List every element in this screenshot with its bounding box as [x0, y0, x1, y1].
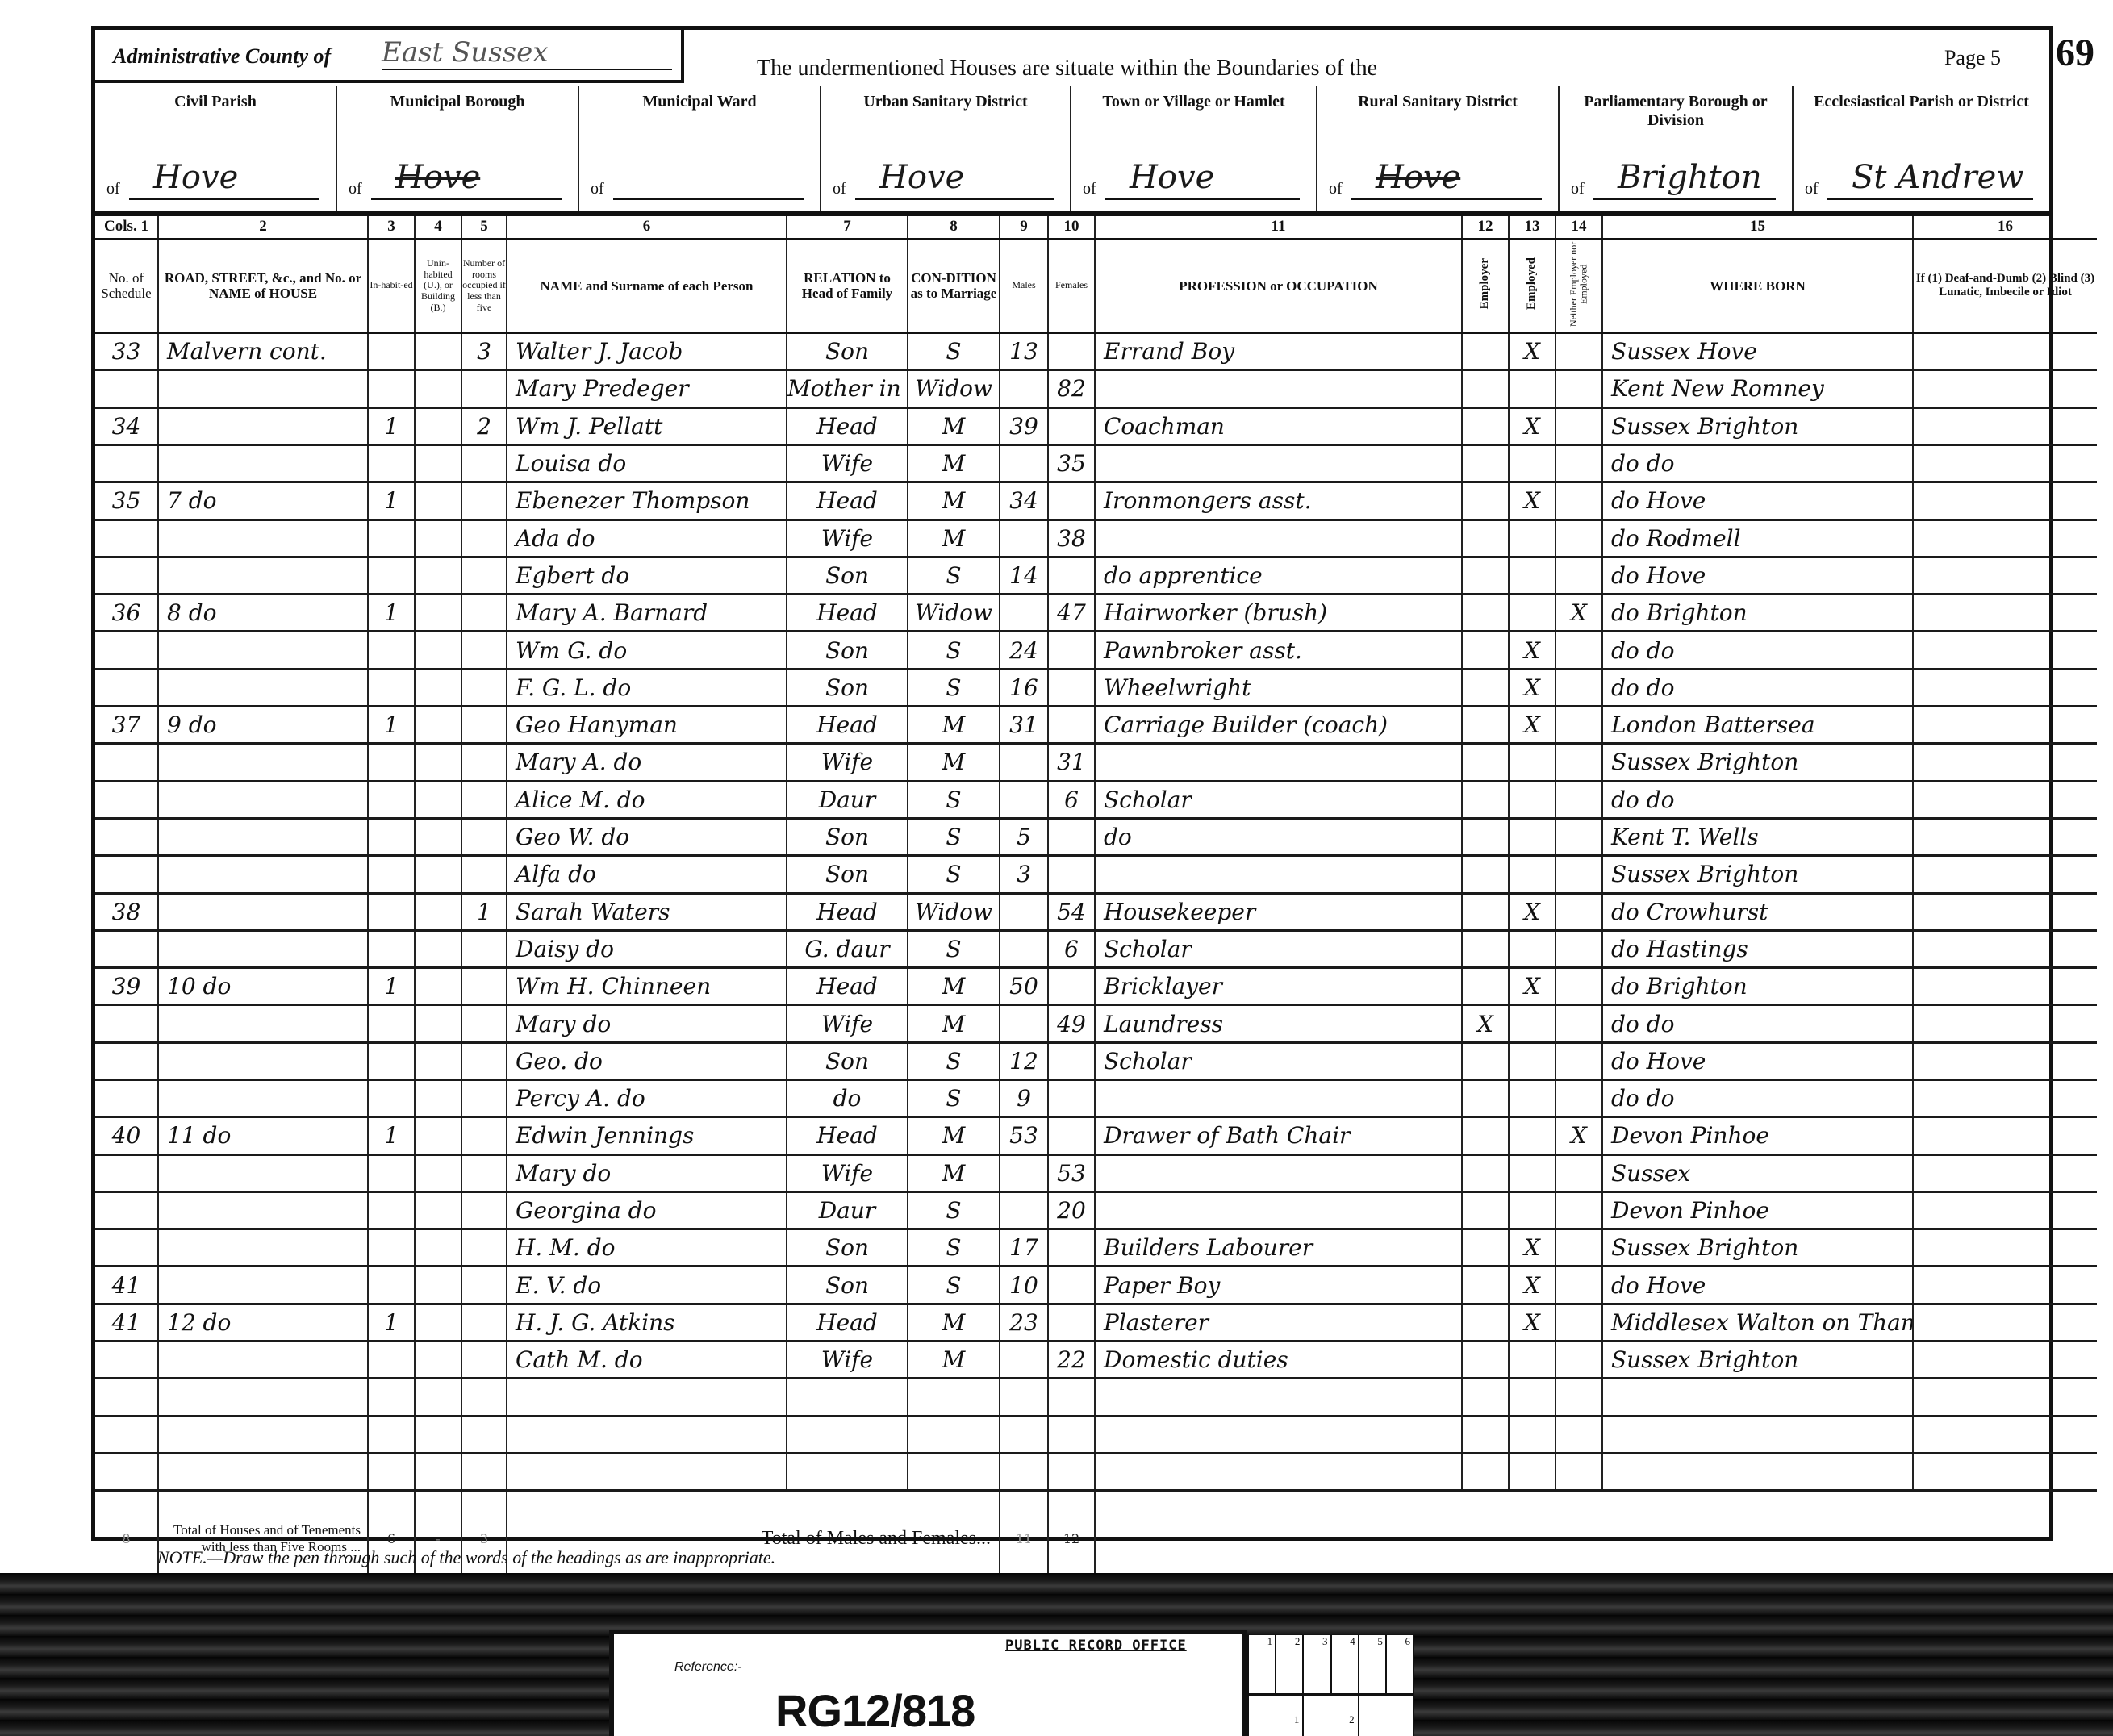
- age-male: 39: [1000, 407, 1048, 444]
- table-row: 4112 do1H. J. G. AtkinsHeadM23PlastererX…: [95, 1304, 2097, 1341]
- where-born: Sussex Brighton: [1602, 744, 1913, 781]
- rooms: [461, 968, 507, 1005]
- condition: S: [908, 669, 1000, 706]
- table-row: Georgina doDaurS20Devon Pinhoe: [95, 1191, 2097, 1229]
- relation: Wife: [787, 1005, 908, 1042]
- total-inhabited: 6: [368, 1491, 415, 1586]
- district-value: Hove: [855, 156, 1054, 200]
- person-name: Wm J. Pellatt: [507, 407, 787, 444]
- age-male: [1000, 444, 1048, 482]
- occupation: [1095, 856, 1462, 893]
- table-row: 379 do1Geo HanymanHeadM31Carriage Builde…: [95, 707, 2097, 744]
- relation: [787, 1379, 908, 1416]
- address: [158, 669, 368, 706]
- rooms: [461, 856, 507, 893]
- schedule-number: [95, 1079, 158, 1116]
- address: Malvern cont.: [158, 333, 368, 370]
- person-name: Sarah Waters: [507, 893, 787, 930]
- table-row: H. M. doSonS17Builders LabourerXSussex B…: [95, 1229, 2097, 1267]
- schedule-number: [95, 370, 158, 407]
- occupation: Paper Boy: [1095, 1267, 1462, 1304]
- condition: M: [908, 1154, 1000, 1191]
- occupation: Builders Labourer: [1095, 1229, 1462, 1267]
- age-male: 23: [1000, 1304, 1048, 1341]
- employed-mark: X: [1509, 333, 1556, 370]
- rooms: [461, 818, 507, 855]
- condition: M: [908, 407, 1000, 444]
- address: [158, 557, 368, 594]
- employed-mark: [1509, 1117, 1556, 1154]
- address: [158, 818, 368, 855]
- employer-mark: [1462, 1229, 1509, 1267]
- schedule-number: [95, 744, 158, 781]
- relation: Wife: [787, 1154, 908, 1191]
- district-urban-sanitary: Urban Sanitary District of Hove: [821, 86, 1071, 211]
- employer-mark: [1462, 370, 1509, 407]
- age-female: [1048, 707, 1095, 744]
- header-where-born: WHERE BORN: [1602, 239, 1913, 333]
- age-male: 34: [1000, 482, 1048, 520]
- address: [158, 1229, 368, 1267]
- neither-mark: [1556, 1416, 1602, 1453]
- employer-mark: [1462, 893, 1509, 930]
- condition: S: [908, 1042, 1000, 1079]
- neither-mark: [1556, 632, 1602, 669]
- table-row: Percy A. dodoS9do do: [95, 1079, 2097, 1116]
- condition: S: [908, 1079, 1000, 1116]
- rooms: [461, 370, 507, 407]
- uninhabited: [415, 1005, 461, 1042]
- rooms: 3: [461, 333, 507, 370]
- age-female: [1048, 1267, 1095, 1304]
- uninhabited: [415, 1191, 461, 1229]
- employer-mark: [1462, 333, 1509, 370]
- table-row: Geo. doSonS12Scholardo Hove: [95, 1042, 2097, 1079]
- districts-row: Civil Parish of Hove Municipal Borough o…: [95, 86, 2049, 216]
- occupation: Carriage Builder (coach): [1095, 707, 1462, 744]
- relation: Head: [787, 595, 908, 632]
- rooms: [461, 1079, 507, 1116]
- age-male: [1000, 1191, 1048, 1229]
- table-row: Mary PredegerMother in LawWidow82Kent Ne…: [95, 370, 2097, 407]
- table-row: 4011 do1Edwin JenningsHeadM53Drawer of B…: [95, 1117, 2097, 1154]
- infirmity: [1913, 707, 2097, 744]
- age-female: [1048, 968, 1095, 1005]
- occupation: Bricklayer: [1095, 968, 1462, 1005]
- schedule-number: 33: [95, 333, 158, 370]
- schedule-number: [95, 1453, 158, 1490]
- uninhabited: [415, 669, 461, 706]
- infirmity: [1913, 557, 2097, 594]
- age-male: [1000, 893, 1048, 930]
- relation: Head: [787, 407, 908, 444]
- neither-mark: [1556, 744, 1602, 781]
- age-female: 54: [1048, 893, 1095, 930]
- occupation: do apprentice: [1095, 557, 1462, 594]
- age-male: 10: [1000, 1267, 1048, 1304]
- employer-mark: [1462, 669, 1509, 706]
- where-born: do do: [1602, 781, 1913, 818]
- rooms: [461, 669, 507, 706]
- inhabited: [368, 1379, 415, 1416]
- schedule-number: [95, 1379, 158, 1416]
- condition: S: [908, 818, 1000, 855]
- occupation: Wheelwright: [1095, 669, 1462, 706]
- occupation: Errand Boy: [1095, 333, 1462, 370]
- person-name: H. M. do: [507, 1229, 787, 1267]
- address: 9 do: [158, 707, 368, 744]
- infirmity: [1913, 818, 2097, 855]
- where-born: do do: [1602, 444, 1913, 482]
- district-value: Hove: [371, 156, 562, 200]
- infirmity: [1913, 1042, 2097, 1079]
- inhabited: [368, 856, 415, 893]
- person-name: Alice M. do: [507, 781, 787, 818]
- schedule-number: 38: [95, 893, 158, 930]
- employed-mark: [1509, 856, 1556, 893]
- inhabited: [368, 1453, 415, 1490]
- age-female: 47: [1048, 595, 1095, 632]
- occupation: [1095, 1079, 1462, 1116]
- rooms: [461, 1117, 507, 1154]
- table-row: 41E. V. doSonS10Paper BoyXdo Hove: [95, 1267, 2097, 1304]
- age-male: [1000, 1005, 1048, 1042]
- where-born: Sussex Brighton: [1602, 407, 1913, 444]
- table-row: Louisa doWifeM35do do: [95, 444, 2097, 482]
- person-name: Wm H. Chinneen: [507, 968, 787, 1005]
- infirmity: [1913, 1453, 2097, 1490]
- person-name: Geo. do: [507, 1042, 787, 1079]
- infirmity: [1913, 1379, 2097, 1416]
- schedule-number: [95, 444, 158, 482]
- schedule-number: [95, 1416, 158, 1453]
- age-female: 22: [1048, 1342, 1095, 1379]
- county-value: East Sussex: [382, 36, 672, 70]
- age-female: [1048, 333, 1095, 370]
- inhabited: [368, 1229, 415, 1267]
- table-row: Egbert doSonS14do apprenticedo Hove: [95, 557, 2097, 594]
- rooms: [461, 930, 507, 967]
- employed-mark: [1509, 1191, 1556, 1229]
- condition: M: [908, 482, 1000, 520]
- uninhabited: [415, 707, 461, 744]
- column-numbers-row: Cols. 1 2 3 4 5 6 7 8 9 10 11 12 13 14 1…: [95, 216, 2097, 239]
- inhabited: [368, 444, 415, 482]
- employed-mark: [1509, 818, 1556, 855]
- person-name: H. J. G. Atkins: [507, 1304, 787, 1341]
- schedule-number: [95, 1154, 158, 1191]
- where-born: [1602, 1453, 1913, 1490]
- employer-mark: [1462, 856, 1509, 893]
- employed-mark: [1509, 370, 1556, 407]
- uninhabited: [415, 1304, 461, 1341]
- employer-mark: [1462, 930, 1509, 967]
- person-name: Daisy do: [507, 930, 787, 967]
- where-born: Middlesex Walton on Thames: [1602, 1304, 1913, 1341]
- employed-mark: [1509, 1154, 1556, 1191]
- employed-mark: X: [1509, 632, 1556, 669]
- schedule-number: 37: [95, 707, 158, 744]
- employed-mark: [1509, 520, 1556, 557]
- schedule-number: 39: [95, 968, 158, 1005]
- neither-mark: [1556, 370, 1602, 407]
- age-female: 6: [1048, 781, 1095, 818]
- employer-mark: [1462, 1379, 1509, 1416]
- rooms: [461, 557, 507, 594]
- header-infirmity: If (1) Deaf-and-Dumb (2) Blind (3) Lunat…: [1913, 239, 2097, 333]
- where-born: Devon Pinhoe: [1602, 1117, 1913, 1154]
- person-name: Mary A. Barnard: [507, 595, 787, 632]
- uninhabited: [415, 1117, 461, 1154]
- employed-mark: [1509, 930, 1556, 967]
- relation: Wife: [787, 744, 908, 781]
- person-name: F. G. L. do: [507, 669, 787, 706]
- district-civil-parish: Civil Parish of Hove: [95, 86, 337, 211]
- table-row: 33Malvern cont.3Walter J. JacobSonS13Err…: [95, 333, 2097, 370]
- age-male: 9: [1000, 1079, 1048, 1116]
- district-value: Brighton: [1593, 156, 1776, 200]
- census-table: Cols. 1 2 3 4 5 6 7 8 9 10 11 12 13 14 1…: [95, 216, 2049, 1586]
- occupation: [1095, 1379, 1462, 1416]
- uninhabited: [415, 370, 461, 407]
- person-name: Egbert do: [507, 557, 787, 594]
- infirmity: [1913, 444, 2097, 482]
- infirmity: [1913, 1267, 2097, 1304]
- uninhabited: [415, 632, 461, 669]
- condition: [908, 1453, 1000, 1490]
- administrative-county-box: Administrative County of East Sussex: [95, 30, 684, 83]
- inhabited: [368, 1191, 415, 1229]
- relation: Son: [787, 818, 908, 855]
- rooms: [461, 1379, 507, 1416]
- infirmity: [1913, 520, 2097, 557]
- condition: S: [908, 1229, 1000, 1267]
- relation: Son: [787, 1042, 908, 1079]
- rooms: [461, 1267, 507, 1304]
- neither-mark: [1556, 1304, 1602, 1341]
- reference-number: RG12/818: [775, 1684, 975, 1736]
- schedule-number: [95, 1229, 158, 1267]
- employed-mark: X: [1509, 482, 1556, 520]
- boundary-title: The undermentioned Houses are situate wi…: [757, 56, 1377, 81]
- neither-mark: [1556, 482, 1602, 520]
- schedule-number: [95, 669, 158, 706]
- age-male: [1000, 1416, 1048, 1453]
- age-female: [1048, 1117, 1095, 1154]
- condition: Widow: [908, 893, 1000, 930]
- schedule-number: [95, 557, 158, 594]
- schedule-number: [95, 520, 158, 557]
- inhabited: 1: [368, 707, 415, 744]
- age-male: 5: [1000, 818, 1048, 855]
- employed-mark: [1509, 1342, 1556, 1379]
- age-female: [1048, 1379, 1095, 1416]
- header-rooms: Number of rooms occupied if less than fi…: [461, 239, 507, 333]
- neither-mark: [1556, 1042, 1602, 1079]
- rooms: [461, 444, 507, 482]
- inhabited: [368, 1342, 415, 1379]
- person-name: [507, 1416, 787, 1453]
- where-born: do Hove: [1602, 557, 1913, 594]
- address: [158, 1005, 368, 1042]
- person-name: Georgina do: [507, 1191, 787, 1229]
- neither-mark: [1556, 818, 1602, 855]
- header-relation: RELATION to Head of Family: [787, 239, 908, 333]
- age-female: 82: [1048, 370, 1095, 407]
- person-name: [507, 1453, 787, 1490]
- employer-mark: [1462, 1079, 1509, 1116]
- total-rooms: 3: [461, 1491, 507, 1586]
- where-born: Kent T. Wells: [1602, 818, 1913, 855]
- occupation: Drawer of Bath Chair: [1095, 1117, 1462, 1154]
- schedule-number: [95, 1191, 158, 1229]
- age-female: [1048, 557, 1095, 594]
- neither-mark: [1556, 707, 1602, 744]
- condition: M: [908, 744, 1000, 781]
- relation: Wife: [787, 520, 908, 557]
- rooms: [461, 1042, 507, 1079]
- condition: S: [908, 333, 1000, 370]
- relation: Head: [787, 968, 908, 1005]
- uninhabited: [415, 1342, 461, 1379]
- infirmity: [1913, 744, 2097, 781]
- inhabited: 1: [368, 407, 415, 444]
- infirmity: [1913, 482, 2097, 520]
- inhabited: 1: [368, 968, 415, 1005]
- occupation: [1095, 1154, 1462, 1191]
- rooms: [461, 744, 507, 781]
- employer-mark: [1462, 407, 1509, 444]
- relation: [787, 1416, 908, 1453]
- age-female: [1048, 407, 1095, 444]
- uninhabited: [415, 781, 461, 818]
- instruction-note: NOTE.—Draw the pen through such of the w…: [157, 1547, 775, 1568]
- relation: Son: [787, 557, 908, 594]
- neither-mark: [1556, 1154, 1602, 1191]
- condition: S: [908, 632, 1000, 669]
- age-male: 13: [1000, 333, 1048, 370]
- neither-mark: [1556, 444, 1602, 482]
- inhabited: 1: [368, 1304, 415, 1341]
- condition: M: [908, 520, 1000, 557]
- uninhabited: [415, 444, 461, 482]
- employer-mark: [1462, 968, 1509, 1005]
- inhabited: [368, 1267, 415, 1304]
- where-born: do do: [1602, 1005, 1913, 1042]
- age-female: 31: [1048, 744, 1095, 781]
- neither-mark: X: [1556, 595, 1602, 632]
- infirmity: [1913, 893, 2097, 930]
- address: [158, 744, 368, 781]
- employer-mark: [1462, 482, 1509, 520]
- address: [158, 407, 368, 444]
- district-town-village: Town or Village or Hamlet of Hove: [1071, 86, 1317, 211]
- occupation: Plasterer: [1095, 1304, 1462, 1341]
- inhabited: [368, 1079, 415, 1116]
- infirmity: [1913, 930, 2097, 967]
- relation: Son: [787, 669, 908, 706]
- where-born: do Crowhurst: [1602, 893, 1913, 930]
- schedule-number: [95, 781, 158, 818]
- address: [158, 781, 368, 818]
- occupation: Scholar: [1095, 1042, 1462, 1079]
- uninhabited: [415, 1416, 461, 1453]
- neither-mark: [1556, 893, 1602, 930]
- relation: Son: [787, 856, 908, 893]
- age-male: [1000, 1154, 1048, 1191]
- rooms: [461, 1005, 507, 1042]
- condition: Widow: [908, 595, 1000, 632]
- relation: Head: [787, 893, 908, 930]
- neither-mark: [1556, 1079, 1602, 1116]
- age-female: [1048, 1229, 1095, 1267]
- condition: M: [908, 444, 1000, 482]
- schedule-number: [95, 1342, 158, 1379]
- where-born: Sussex Brighton: [1602, 1229, 1913, 1267]
- address: [158, 1342, 368, 1379]
- address: [158, 893, 368, 930]
- header-condition: CON-DITION as to Marriage: [908, 239, 1000, 333]
- district-value: Hove: [1105, 156, 1300, 200]
- address: 12 do: [158, 1304, 368, 1341]
- age-male: 50: [1000, 968, 1048, 1005]
- uninhabited: [415, 557, 461, 594]
- neither-mark: [1556, 333, 1602, 370]
- rooms: [461, 1453, 507, 1490]
- table-row: Wm G. doSonS24Pawnbroker asst.Xdo do: [95, 632, 2097, 669]
- table-row: [95, 1379, 2097, 1416]
- district-value: [613, 156, 804, 200]
- table-row: F. G. L. doSonS16WheelwrightXdo do: [95, 669, 2097, 706]
- header-age-males: Males: [1000, 239, 1048, 333]
- neither-mark: [1556, 1379, 1602, 1416]
- uninhabited: [415, 520, 461, 557]
- schedule-number: [95, 856, 158, 893]
- where-born: Devon Pinhoe: [1602, 1191, 1913, 1229]
- office-label: PUBLIC RECORD OFFICE: [1005, 1638, 1187, 1654]
- relation: Head: [787, 707, 908, 744]
- infirmity: [1913, 1342, 2097, 1379]
- employer-mark: [1462, 1416, 1509, 1453]
- rooms: [461, 482, 507, 520]
- occupation: Scholar: [1095, 781, 1462, 818]
- address: [158, 370, 368, 407]
- where-born: Sussex Hove: [1602, 333, 1913, 370]
- where-born: do Hastings: [1602, 930, 1913, 967]
- total-uninhabited: -: [415, 1491, 461, 1586]
- employer-mark: [1462, 744, 1509, 781]
- relation: Head: [787, 482, 908, 520]
- schedule-number: 36: [95, 595, 158, 632]
- age-male: 3: [1000, 856, 1048, 893]
- age-female: 6: [1048, 930, 1095, 967]
- condition: S: [908, 557, 1000, 594]
- employed-mark: [1509, 1416, 1556, 1453]
- person-name: Mary do: [507, 1005, 787, 1042]
- person-name: Wm G. do: [507, 632, 787, 669]
- where-born: do Rodmell: [1602, 520, 1913, 557]
- age-male: 53: [1000, 1117, 1048, 1154]
- condition: M: [908, 1117, 1000, 1154]
- employed-mark: [1509, 557, 1556, 594]
- uninhabited: [415, 856, 461, 893]
- condition: M: [908, 1304, 1000, 1341]
- age-female: 20: [1048, 1191, 1095, 1229]
- uninhabited: [415, 333, 461, 370]
- uninhabited: [415, 1379, 461, 1416]
- age-male: [1000, 370, 1048, 407]
- folio-number: 69: [2056, 31, 2094, 75]
